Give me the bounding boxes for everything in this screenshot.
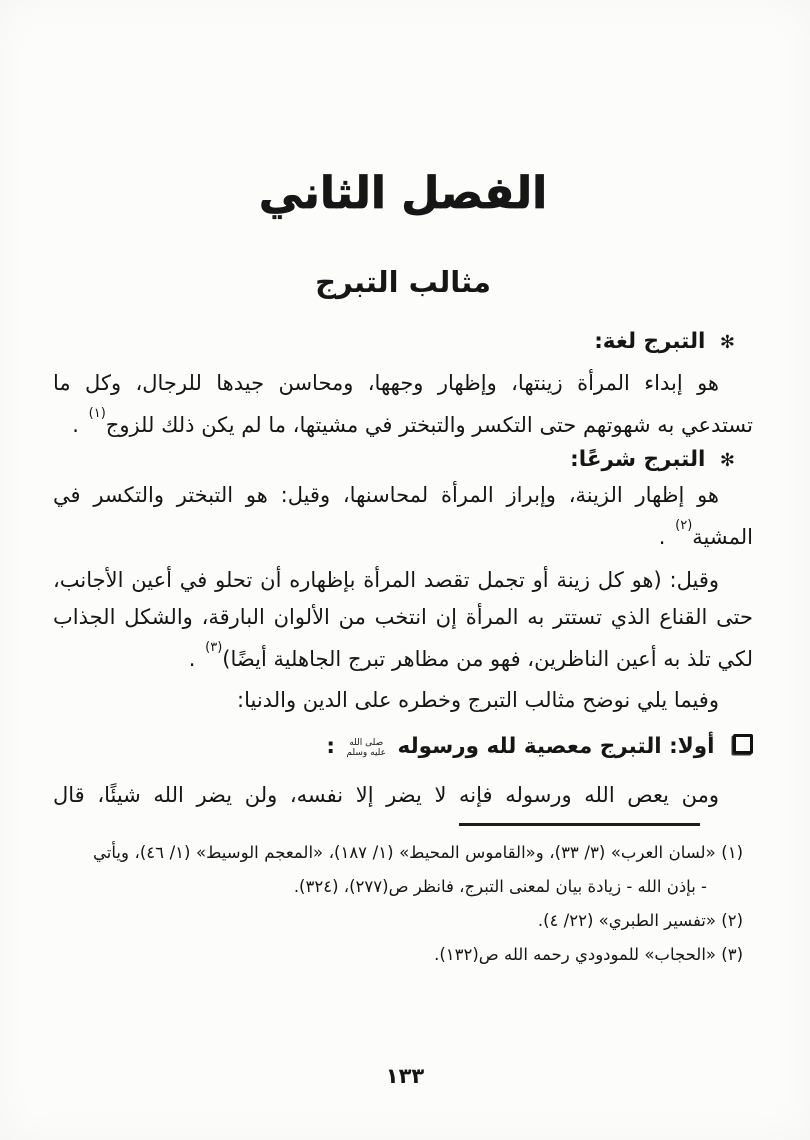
rosette-asterisk-icon: ✻ — [720, 332, 735, 353]
footnote-marker: (١) — [721, 843, 743, 862]
period: . — [72, 413, 79, 437]
footnote-2: (٢) «تفسير الطبري» (٢٢/ ٤). — [93, 904, 743, 938]
footnote-text: «لسان العرب» (٣/ ٣٣)، و«القاموس المحيط» … — [93, 843, 716, 896]
heading-tabarruj-lugha: ✻ التبرج لغة: — [53, 326, 735, 359]
footnote-marker: (٢) — [721, 911, 743, 930]
paragraph-sharan-definition: هو إظهار الزينة، وإبراز المرأة لمحاسنها،… — [53, 477, 753, 556]
paragraph-intro-list: وفيما يلي نوضح مثالب التبرج وخطره على ال… — [53, 682, 753, 719]
heading-first-point: أولا: التبرج معصية لله ورسوله صلى الله ع… — [53, 729, 753, 765]
section-title: مثالب التبرج — [53, 264, 753, 300]
paragraph-text: وفيما يلي نوضح مثالب التبرج وخطره على ال… — [237, 688, 719, 712]
footnote-text: «تفسير الطبري» (٢٢/ ٤). — [538, 911, 716, 930]
square-bullet-icon — [733, 734, 753, 754]
rosette-asterisk-icon: ✻ — [720, 450, 735, 471]
footnotes-block: (١) «لسان العرب» (٣/ ٣٣)، و«القاموس المح… — [93, 836, 743, 972]
paragraph-text: هو إبداء المرأة زينتها، وإظهار وجهها، وم… — [53, 371, 753, 437]
period: . — [189, 647, 196, 671]
honorific-bottom: عليه وسلم — [346, 748, 386, 758]
footnote-1: (١) «لسان العرب» (٣/ ٣٣)، و«القاموس المح… — [93, 836, 743, 904]
footnote-ref-1: (١) — [89, 406, 106, 421]
footnote-separator-rule — [459, 823, 700, 826]
honorific-top: صلى الله — [349, 738, 383, 748]
page-number: ١٣٣ — [0, 1064, 810, 1088]
paragraph-lugha-definition: هو إبداء المرأة زينتها، وإظهار وجهها، وم… — [53, 365, 753, 444]
book-page: الفصل الثاني مثالب التبرج ✻ التبرج لغة: … — [0, 0, 810, 1140]
heading-colon: : — [326, 734, 335, 759]
paragraph-text: ومن يعص الله ورسوله فإنه لا يضر إلا نفسه… — [53, 783, 719, 807]
paragraph-text: وقيل: (هو كل زينة أو تجمل تقصد المرأة بإ… — [53, 568, 753, 671]
period: . — [659, 525, 666, 549]
heading-tabarruj-sharan: ✻ التبرج شرعًا: — [53, 444, 735, 477]
heading-text: أولا: التبرج معصية لله ورسوله — [398, 734, 715, 759]
footnote-text: «الحجاب» للمودودي رحمه الله ص(١٣٢). — [434, 945, 716, 964]
footnote-3: (٣) «الحجاب» للمودودي رحمه الله ص(١٣٢). — [93, 938, 743, 972]
paragraph-qila-definition: وقيل: (هو كل زينة أو تجمل تقصد المرأة بإ… — [53, 562, 753, 678]
salla-allahu-alayhi-wasallam-icon: صلى الله عليه وسلم — [346, 738, 386, 758]
chapter-title: الفصل الثاني — [53, 168, 753, 220]
heading-text: التبرج شرعًا: — [570, 447, 705, 472]
paragraph-text: هو إظهار الزينة، وإبراز المرأة لمحاسنها،… — [53, 483, 753, 549]
heading-text: التبرج لغة: — [594, 329, 705, 354]
footnote-ref-2: (٢) — [675, 518, 692, 533]
paragraph-first-point: ومن يعص الله ورسوله فإنه لا يضر إلا نفسه… — [53, 777, 753, 814]
footnote-marker: (٣) — [721, 945, 743, 964]
page-content: الفصل الثاني مثالب التبرج ✻ التبرج لغة: … — [0, 0, 810, 972]
footnote-ref-3: (٣) — [205, 640, 222, 655]
